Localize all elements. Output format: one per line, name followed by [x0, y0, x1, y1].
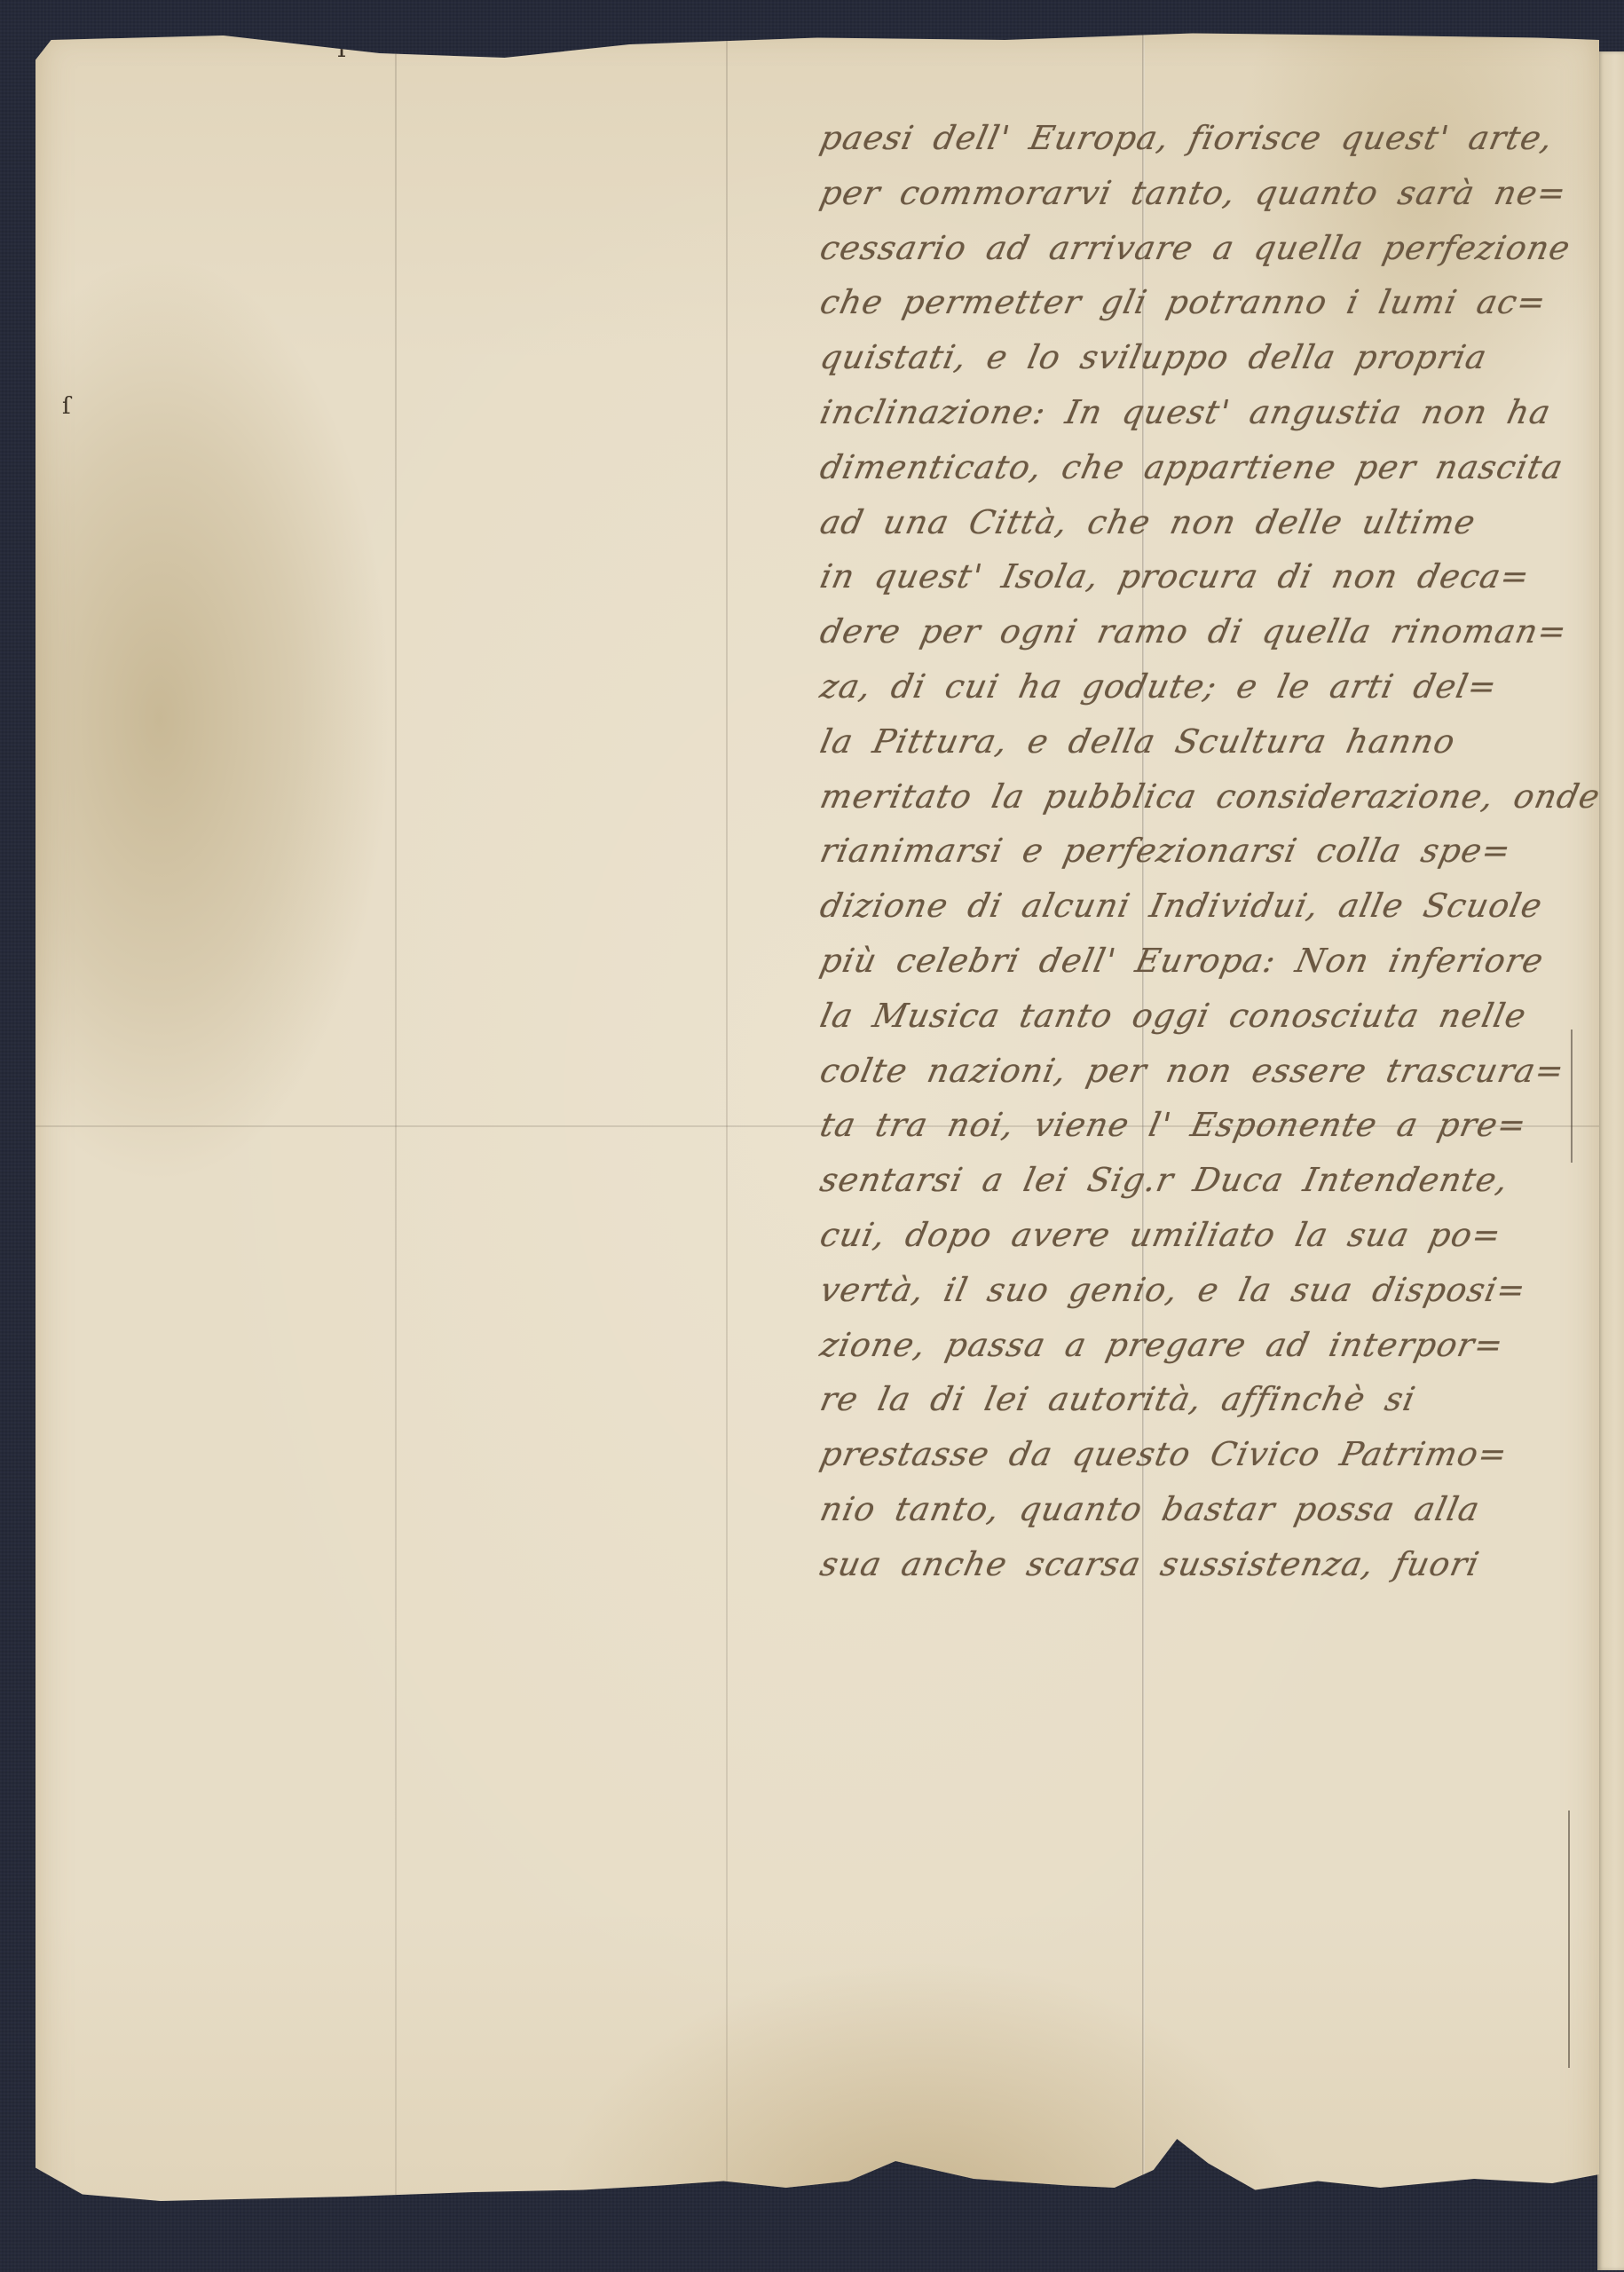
text-line: vertà, il suo genio, e la sua disposi= [815, 1263, 1599, 1318]
text-line: za, di cui ha godute; e le arti del= [815, 659, 1599, 714]
text-line: la Pittura, e della Scultura hanno [815, 714, 1599, 769]
document-viewer: ı ſ paesi dell' Europa, fiorisce quest' … [0, 0, 1624, 2272]
text-line: ad una Città, che non delle ultime [815, 495, 1599, 550]
fold-line-left [395, 27, 397, 2245]
text-line: sua anche scarsa sussistenza, fuori [815, 1537, 1599, 1592]
text-line: quistati, e lo sviluppo della propria [815, 330, 1599, 385]
text-line: rianimarsi e perfezionarsi colla spe= [815, 824, 1599, 879]
paper-tear-crack [1171, 2152, 1225, 2241]
text-line: ta tra noi, viene l' Esponente a pre= [815, 1098, 1599, 1153]
handwritten-text-block: paesi dell' Europa, fiorisce quest' arte… [821, 111, 1599, 1592]
text-line: meritato la pubblica considerazione, ond… [815, 769, 1599, 824]
manuscript-page: ı ſ paesi dell' Europa, fiorisce quest' … [35, 27, 1599, 2245]
text-line: paesi dell' Europa, fiorisce quest' arte… [815, 111, 1599, 166]
text-line: più celebri dell' Europa: Non inferiore [815, 934, 1599, 989]
text-line: nio tanto, quanto bastar possa alla [815, 1482, 1599, 1537]
text-line: in quest' Isola, procura di non deca= [815, 549, 1599, 604]
top-margin-mark: ı [337, 35, 346, 62]
text-line: re la di lei autorità, affinchè si [815, 1372, 1599, 1427]
text-line: che permetter gli potranno i lumi ac= [815, 275, 1599, 330]
adjacent-sheet-edge [1597, 51, 1624, 2270]
text-line: cessario ad arrivare a quella perfezione [815, 221, 1599, 276]
text-line: la Musica tanto oggi conosciuta nelle [815, 989, 1599, 1044]
ruling-line-margin [726, 27, 728, 2245]
text-line: prestasse da questo Civico Patrimo= [815, 1427, 1599, 1482]
right-margin-rule-lower [1568, 1810, 1570, 2068]
text-line: dimenticato, che appartiene per nascita [815, 440, 1599, 495]
text-line: inclinazione: In quest' angustia non ha [815, 385, 1599, 440]
text-line: zione, passa a pregare ad interpor= [815, 1318, 1599, 1373]
text-line: dizione di alcuni Individui, alle Scuole [815, 879, 1599, 934]
text-line: colte nazioni, per non essere trascura= [815, 1044, 1599, 1099]
text-line: sentarsi a lei Sig.r Duca Intendente, [815, 1153, 1599, 1208]
text-line: per commorarvi tanto, quanto sarà ne= [815, 166, 1599, 221]
text-line: cui, dopo avere umiliato la sua po= [815, 1208, 1599, 1263]
text-line: dere per ogni ramo di quella rinoman= [815, 604, 1599, 659]
left-margin-mark: ſ [62, 395, 71, 418]
